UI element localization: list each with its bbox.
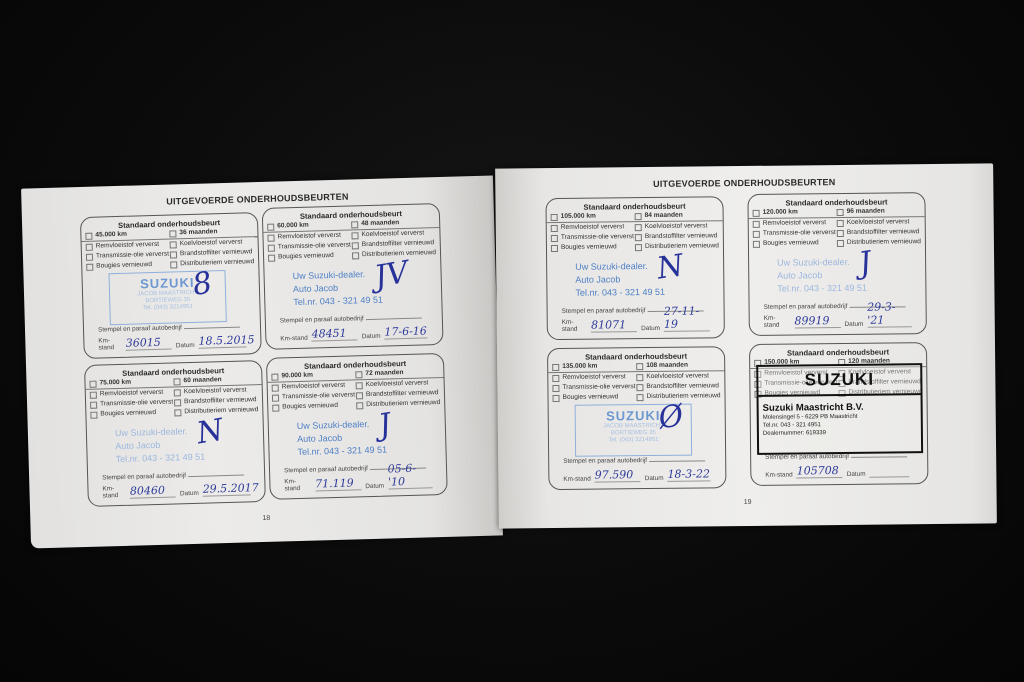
- maintenance-record-box: Standaard onderhoudsbeurt105.000 km84 ma…: [545, 196, 724, 340]
- service-item: Bougies vernieuwd: [86, 260, 170, 272]
- maintenance-record-box: Standaard onderhoudsbeurt120.000 km96 ma…: [747, 192, 926, 336]
- dealer-stamp-line: Uw Suzuki-dealer.: [777, 256, 867, 270]
- date-value[interactable]: 29-3-'21: [867, 300, 912, 327]
- service-item-label: Distributieriem vernieuwd: [184, 405, 258, 417]
- month-interval-label: 48 maanden: [361, 218, 399, 229]
- page-title: UITGEVOERDE ONDERHOUDSBEURTEN: [495, 175, 993, 190]
- month-interval-label: 72 maanden: [365, 368, 403, 379]
- checkbox[interactable]: [636, 363, 643, 370]
- checkbox[interactable]: [636, 384, 643, 391]
- month-interval: 84 maanden: [635, 210, 719, 221]
- km-interval-label: 105.000 km: [561, 212, 596, 222]
- service-item-label: Koelvloeistof ververst: [645, 221, 708, 232]
- month-interval-label: 36 maanden: [179, 227, 217, 238]
- service-item-label: Bougies vernieuwd: [562, 392, 618, 403]
- km-stand-value[interactable]: 80460: [130, 483, 176, 498]
- service-item-label: Distributieriem vernieuwd: [645, 241, 719, 252]
- service-item-label: Bougies vernieuwd: [278, 251, 334, 263]
- maintenance-record-box: Standaard onderhoudsbeurt150.000 km120 m…: [749, 342, 928, 486]
- month-interval-label: 60 maanden: [183, 375, 221, 386]
- maintenance-grid: Standaard onderhoudsbeurt45.000 km36 maa…: [21, 175, 493, 188]
- checkbox[interactable]: [272, 394, 279, 401]
- checkbox[interactable]: [174, 389, 181, 396]
- service-item-label: Koelvloeistof ververst: [646, 371, 709, 382]
- maintenance-record-box: Standaard onderhoudsbeurt45.000 km36 maa…: [80, 212, 262, 359]
- checkbox[interactable]: [552, 394, 559, 401]
- checkbox[interactable]: [753, 240, 760, 247]
- service-item-label: Bougies vernieuwd: [96, 260, 152, 272]
- stamp-signature-label: Stempel en paraaf autobedrijf: [102, 471, 244, 482]
- service-item: Bougies vernieuwd: [552, 392, 636, 403]
- mileage-date-line: Km-stand81071Datum27-11-19: [562, 304, 714, 333]
- dealer-stamp: Uw Suzuki-dealer.Auto JacobTel.nr. 043 -…: [777, 256, 867, 296]
- month-interval: 108 maanden: [636, 360, 720, 371]
- service-item: Bougies vernieuwd: [753, 238, 837, 249]
- km-interval-label: 135.000 km: [562, 362, 597, 372]
- date-value[interactable]: 29.5.2017: [203, 481, 251, 496]
- service-item-label: Bougies vernieuwd: [282, 401, 338, 413]
- km-stand-value[interactable]: 97.590: [595, 468, 641, 482]
- km-interval-label: 90.000 km: [281, 371, 313, 382]
- checkbox[interactable]: [351, 221, 358, 228]
- service-item-row: Bougies vernieuwdDistributieriem vernieu…: [547, 241, 723, 253]
- stamp-line: Tel. (043) 3214951: [576, 437, 691, 445]
- checkbox[interactable]: [355, 371, 362, 378]
- checkbox[interactable]: [635, 244, 642, 251]
- checkbox[interactable]: [174, 409, 181, 416]
- service-item: Bougies vernieuwd: [268, 250, 352, 262]
- km-stand-value[interactable]: 81071: [591, 318, 637, 332]
- km-stand-value[interactable]: 48451: [311, 326, 357, 341]
- km-interval: 135.000 km: [552, 361, 636, 372]
- dealer-stamp-line: Tel.nr. 043 - 321 49 51: [777, 282, 867, 296]
- checkbox[interactable]: [551, 224, 558, 231]
- date-value[interactable]: [870, 476, 910, 477]
- km-interval-label: 45.000 km: [95, 230, 127, 241]
- mileage-date-line: Km-stand97.590Datum18-3-22: [563, 467, 715, 483]
- checkbox[interactable]: [837, 219, 844, 226]
- stamp-signature-label: Stempel en paraaf autobedrijf: [563, 456, 705, 464]
- checkbox[interactable]: [174, 399, 181, 406]
- service-item: Distributieriem vernieuwd: [837, 237, 921, 248]
- dealer-stamp-line: Auto Jacob: [575, 273, 665, 287]
- checkbox[interactable]: [352, 242, 359, 249]
- service-item: Bougies vernieuwd: [272, 400, 356, 412]
- checkbox[interactable]: [272, 384, 279, 391]
- checkbox[interactable]: [169, 230, 176, 237]
- service-item-label: Remvloeistof ververst: [763, 218, 827, 229]
- service-item-row: Bougies vernieuwdDistributieriem vernieu…: [749, 237, 925, 249]
- mileage-date-line: Km-stand71.119Datum05-6-'10: [284, 461, 437, 492]
- month-interval: 96 maanden: [837, 206, 921, 217]
- service-item: Bougies vernieuwd: [551, 242, 635, 253]
- km-stand-label: Km-stand: [284, 478, 311, 493]
- checkbox[interactable]: [90, 401, 97, 408]
- dealer-stamp: Uw Suzuki-dealer.Auto JacobTel.nr. 043 -…: [575, 260, 665, 300]
- date-label: Datum: [365, 483, 384, 491]
- km-stand-label: Km-stand: [102, 485, 126, 500]
- stamp-signature-label: Stempel en paraaf autobedrijf: [765, 452, 907, 460]
- checkbox[interactable]: [552, 363, 559, 370]
- checkbox[interactable]: [352, 252, 359, 259]
- month-interval-label: 108 maanden: [646, 361, 688, 371]
- checkbox[interactable]: [635, 213, 642, 220]
- checkbox[interactable]: [90, 411, 97, 418]
- mileage-date-line: Km-stand36015Datum18.5.2015: [98, 333, 250, 351]
- dealer-stamp: Uw Suzuki-dealer.Auto JacobTel.nr. 043 -…: [297, 418, 388, 459]
- km-stand-value[interactable]: 89919: [794, 314, 840, 328]
- checkbox[interactable]: [356, 392, 363, 399]
- checkbox[interactable]: [356, 382, 363, 389]
- checkbox[interactable]: [635, 234, 642, 241]
- checkbox[interactable]: [173, 378, 180, 385]
- checkbox[interactable]: [636, 394, 643, 401]
- service-item: Bougies vernieuwd: [90, 407, 174, 419]
- checkbox[interactable]: [356, 402, 363, 409]
- checkbox[interactable]: [268, 244, 275, 251]
- page-number: 19: [499, 496, 997, 508]
- dealer-stamp: Uw Suzuki-dealer.Auto JacobTel.nr. 043 -…: [292, 268, 383, 309]
- km-stand-label: Km-stand: [563, 476, 590, 483]
- checkbox[interactable]: [86, 263, 93, 270]
- date-label: Datum: [641, 325, 660, 332]
- dealer-stamp-line: Tel.nr. 043 - 321 49 51: [115, 451, 205, 466]
- maintenance-record-box: Standaard onderhoudsbeurt90.000 km72 maa…: [266, 353, 448, 500]
- date-value[interactable]: 05-6-'10: [387, 461, 432, 489]
- date-label: Datum: [362, 333, 381, 341]
- checkbox[interactable]: [271, 373, 278, 380]
- service-item-label: Remvloeistof ververst: [561, 222, 625, 233]
- km-stand-label: Km-stand: [280, 335, 308, 343]
- km-interval: 120.000 km: [753, 207, 837, 218]
- service-item-label: Distributieriem vernieuwd: [646, 391, 720, 402]
- checkbox[interactable]: [551, 213, 558, 220]
- checkbox[interactable]: [753, 209, 760, 216]
- stamp-signature-label: Stempel en paraaf autobedrijf: [280, 314, 422, 325]
- date-label: Datum: [847, 471, 866, 478]
- maintenance-grid: Standaard onderhoudsbeurt105.000 km84 ma…: [495, 163, 993, 168]
- km-stand-label: Km-stand: [764, 315, 791, 329]
- service-item-label: Bougies vernieuwd: [100, 408, 156, 420]
- dealer-stamp: Uw Suzuki-dealer.Auto JacobTel.nr. 043 -…: [115, 425, 206, 466]
- checkbox[interactable]: [89, 380, 96, 387]
- checkbox[interactable]: [837, 239, 844, 246]
- service-item-row: Bougies vernieuwdDistributieriem vernieu…: [548, 391, 724, 403]
- checkbox[interactable]: [170, 251, 177, 258]
- km-interval-label: 120.000 km: [763, 207, 798, 217]
- date-label: Datum: [176, 342, 195, 350]
- handwritten-signature: JV: [372, 255, 411, 295]
- service-item-label: Remvloeistof ververst: [562, 372, 626, 383]
- checkbox[interactable]: [837, 229, 844, 236]
- checkbox[interactable]: [636, 374, 643, 381]
- checkbox[interactable]: [86, 243, 93, 250]
- month-interval-label: 96 maanden: [847, 207, 885, 217]
- page-number: 18: [30, 508, 502, 528]
- suzuki-logo-icon: SUZUKI: [758, 365, 920, 397]
- date-label: Datum: [180, 490, 199, 498]
- checkbox[interactable]: [753, 220, 760, 227]
- mileage-date-line: Km-stand89919Datum29-3-'21: [764, 300, 916, 329]
- handwritten-signature: Ø: [656, 398, 686, 436]
- dealer-stamp-line: Tel.nr. 043 - 321 49 51: [293, 294, 383, 309]
- checkbox[interactable]: [267, 234, 274, 241]
- checkbox[interactable]: [551, 234, 558, 241]
- handwritten-signature: N: [655, 248, 686, 287]
- checkbox[interactable]: [551, 244, 558, 251]
- km-stand-value[interactable]: 71.119: [315, 476, 361, 491]
- dealer-stamp-line: Uw Suzuki-dealer.: [575, 260, 665, 274]
- date-label: Datum: [844, 321, 863, 328]
- month-interval-label: 84 maanden: [645, 211, 683, 221]
- km-interval-label: 75.000 km: [99, 378, 131, 389]
- booklet-right-page: UITGEVOERDE ONDERHOUDSBEURTEN Standaard …: [495, 163, 997, 528]
- service-item-label: Bougies vernieuwd: [561, 242, 617, 253]
- suzuki-dealer-stamp: SUZUKISuzuki Maastricht B.V.Molensingel …: [756, 363, 923, 455]
- mileage-date-line: Km-stand80460Datum29.5.2017: [102, 481, 254, 499]
- dealer-stamp-line: Tel.nr. 043 - 321 49 51: [297, 444, 387, 459]
- km-interval: 105.000 km: [551, 211, 635, 222]
- checkbox[interactable]: [272, 404, 279, 411]
- maintenance-record-box: Standaard onderhoudsbeurt75.000 km60 maa…: [84, 360, 266, 507]
- service-item: Distributieriem vernieuwd: [170, 257, 254, 269]
- service-item: Distributieriem vernieuwd: [356, 398, 440, 410]
- km-stand-value[interactable]: 105708: [797, 464, 843, 478]
- checkbox[interactable]: [86, 253, 93, 260]
- dealer-stamp-line: Auto Jacob: [777, 269, 867, 283]
- checkbox[interactable]: [170, 261, 177, 268]
- km-stand-value[interactable]: 36015: [126, 336, 172, 351]
- checkbox[interactable]: [268, 254, 275, 261]
- checkbox[interactable]: [552, 384, 559, 391]
- checkbox[interactable]: [170, 241, 177, 248]
- stamp-line: Dealernummer: 619339: [763, 428, 921, 438]
- checkbox[interactable]: [635, 224, 642, 231]
- maintenance-record-box: Standaard onderhoudsbeurt135.000 km108 m…: [547, 346, 726, 490]
- km-stand-label: Km-stand: [562, 319, 588, 333]
- mileage-date-line: Km-stand48451Datum17-6-16: [280, 324, 432, 342]
- date-value[interactable]: 18.5.2015: [198, 333, 246, 348]
- checkbox[interactable]: [90, 391, 97, 398]
- date-value[interactable]: 17-6-16: [384, 324, 427, 339]
- dealer-stamp-line: Tel.nr. 043 - 321 49 51: [575, 286, 665, 300]
- checkbox[interactable]: [267, 223, 274, 230]
- checkbox[interactable]: [753, 230, 760, 237]
- service-item-label: Koelvloeistof ververst: [847, 217, 910, 228]
- km-interval-label: 60.000 km: [277, 221, 309, 232]
- service-item-label: Bougies vernieuwd: [763, 238, 819, 249]
- date-label: Datum: [645, 475, 664, 482]
- km-stand-label: Km-stand: [765, 472, 792, 479]
- checkbox[interactable]: [552, 374, 559, 381]
- date-value[interactable]: 27-11-19: [664, 304, 710, 331]
- checkbox[interactable]: [351, 232, 358, 239]
- handwritten-signature: N: [194, 413, 226, 452]
- maintenance-record-box: Standaard onderhoudsbeurt60.000 km48 maa…: [262, 203, 444, 350]
- date-value[interactable]: 18-3-22: [667, 467, 710, 481]
- mileage-date-line: Km-stand105708Datum: [765, 463, 917, 479]
- booklet-left-page: UITGEVOERDE ONDERHOUDSBEURTEN Standaard …: [21, 175, 503, 548]
- checkbox[interactable]: [85, 232, 92, 239]
- km-stand-label: Km-stand: [98, 337, 122, 352]
- checkbox[interactable]: [837, 208, 844, 215]
